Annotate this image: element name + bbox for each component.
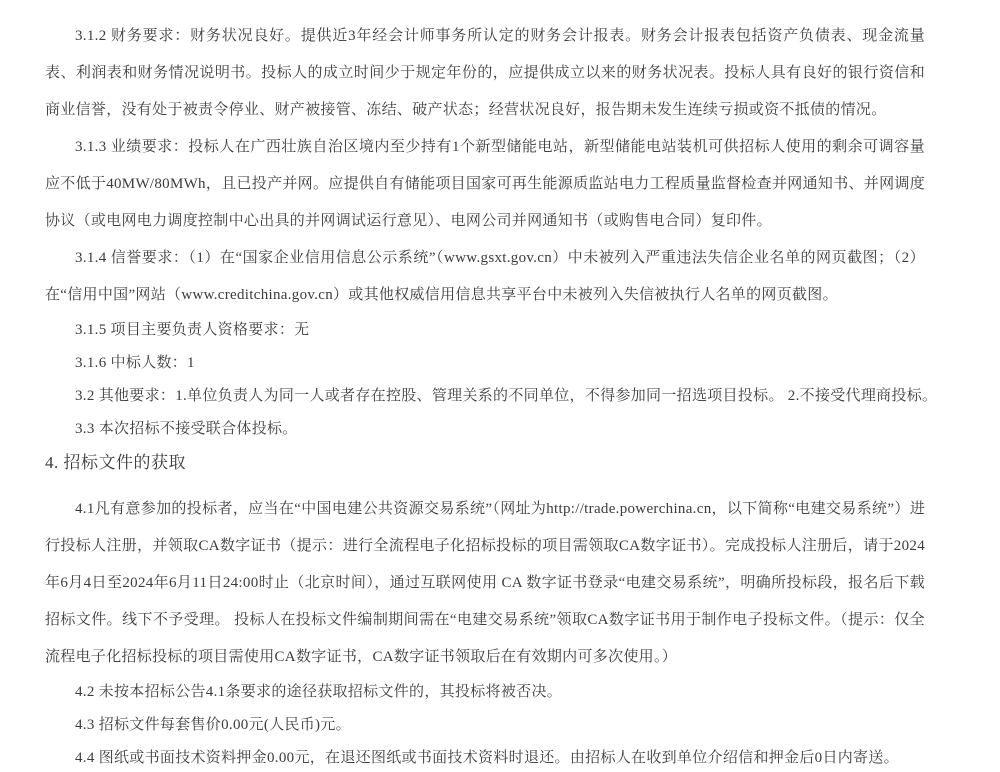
clause-4-4: 4.4 图纸或书面技术资料押金0.00元，在退还图纸或书面技术资料时退还。由招标… (45, 742, 925, 772)
clause-3-2: 3.2 其他要求：1.单位负责人为同一人或者存在控股、管理关系的不同单位，不得参… (45, 380, 925, 413)
clause-3-1-3: 3.1.3 业绩要求：投标人在广西壮族自治区境内至少持有1个新型储能电站，新型储… (45, 129, 925, 240)
clause-4-1: 4.1凡有意参加的投标者，应当在“中国电建公共资源交易系统”（网址为http:/… (45, 491, 925, 676)
clause-4-2: 4.2 未按本招标公告4.1条要求的途径获取招标文件的，其投标将被否决。 (45, 676, 925, 709)
document-page: 3.1.2 财务要求：财务状况良好。提供近3年经会计师事务所认定的财务会计报表。… (0, 0, 1000, 772)
section-4-heading: 4. 招标文件的获取 (45, 446, 925, 479)
clause-3-1-4: 3.1.4 信誉要求：（1）在“国家企业信用信息公示系统”（www.gsxt.g… (45, 240, 925, 314)
clause-3-1-6: 3.1.6 中标人数：1 (45, 347, 925, 380)
clause-4-3: 4.3 招标文件每套售价0.00元(人民币)元。 (45, 709, 925, 742)
clause-3-1-2: 3.1.2 财务要求：财务状况良好。提供近3年经会计师事务所认定的财务会计报表。… (45, 18, 925, 129)
clause-3-3: 3.3 本次招标不接受联合体投标。 (45, 413, 925, 446)
clause-3-1-5: 3.1.5 项目主要负责人资格要求：无 (45, 314, 925, 347)
